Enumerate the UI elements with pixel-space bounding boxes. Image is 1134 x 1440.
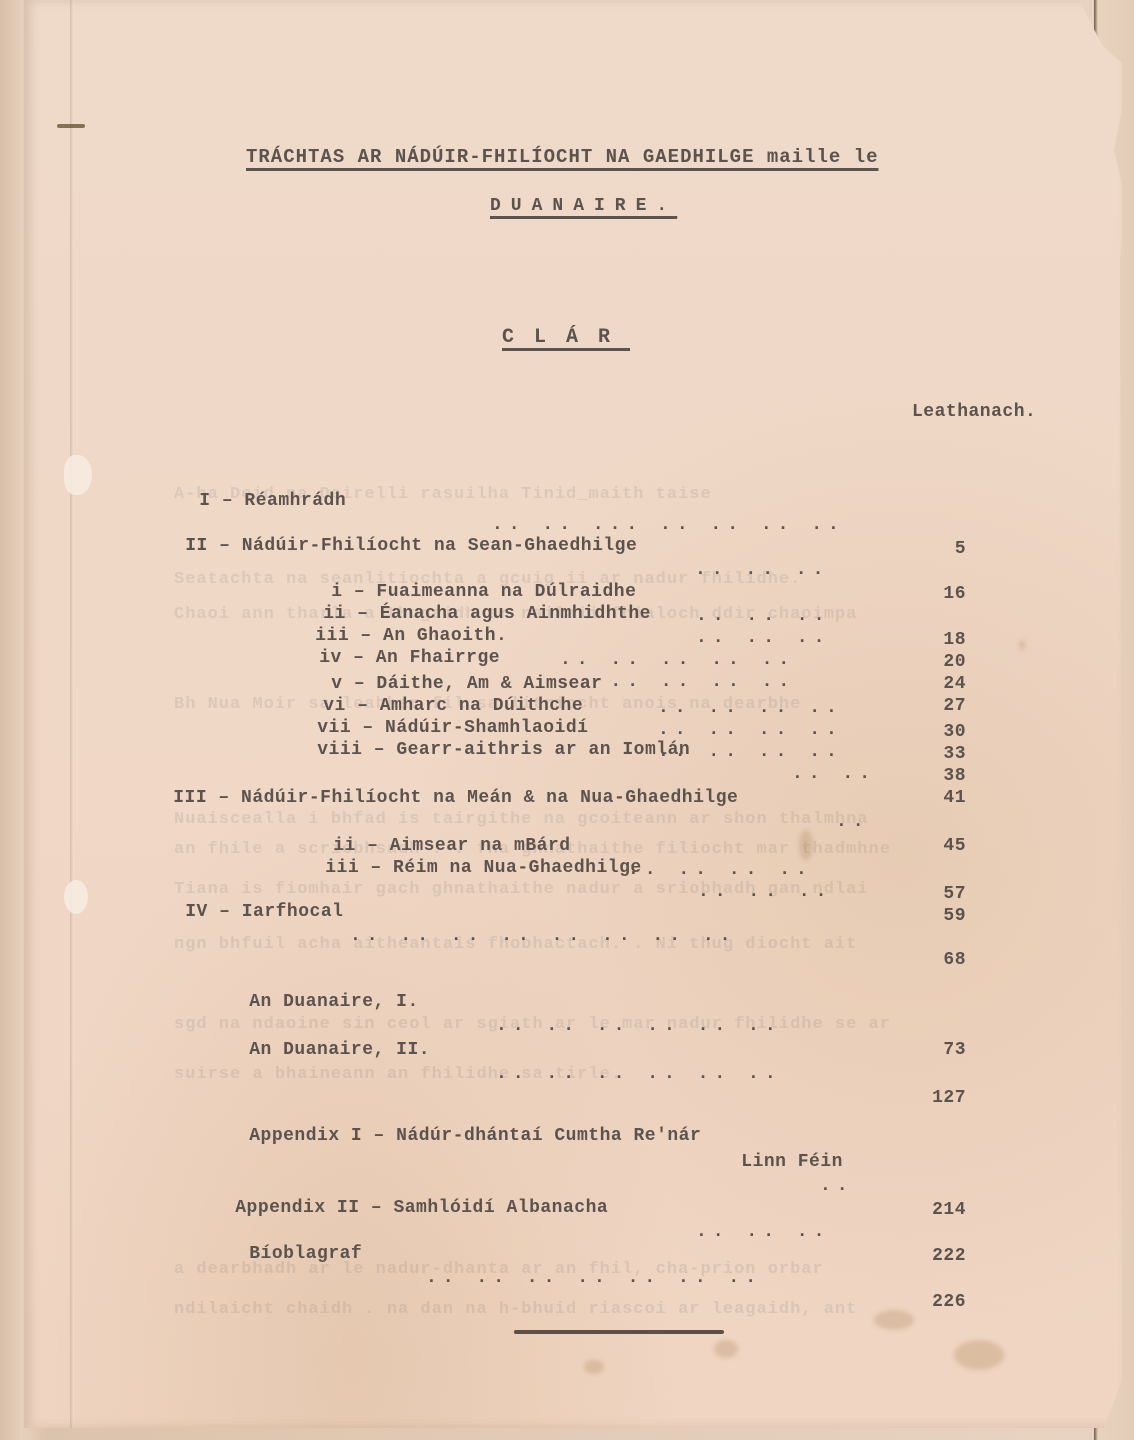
document-page: A-ha Deid na Dairelli rasuilha Tinid_mai… (24, 0, 1122, 1428)
toc-entry: Appendix II – Samhlóidí Albanacha .. .. … (190, 1172, 974, 1196)
toc-label: I – Réamhrádh (199, 491, 346, 511)
show-through-text: ndilaicht chaidh . na dan na h-bhuid ria… (174, 1300, 857, 1319)
document-subtitle: DUANAIRE. (490, 196, 677, 216)
toc-page: 59 (906, 904, 966, 928)
toc-label: III – Nádúir-Fhilíocht na Meán & na Nua-… (173, 788, 738, 808)
page-column-label: Leathanach. (912, 402, 1036, 422)
toc-label: IV – Iarfhocal (185, 902, 343, 922)
toc-subentry: iv – An Fhairrge .. .. .. .. .. 27 (274, 622, 974, 646)
stain (1019, 640, 1025, 650)
leader-dots: .. .. .. .. .. .. .. (426, 1266, 762, 1290)
toc-subentry: v – Dáithe, Am & Aimsear .. .. .. .. 30 (286, 648, 974, 672)
toc-entry: An Duanaire, II. .. .. .. .. .. .. 127 (204, 1014, 974, 1038)
leader-dots: .. .. .. .. .. .. .. .. (350, 924, 736, 948)
toc-subentry: i – Fuaimeanna na Dúlraidhe .. .. .. 18 (286, 556, 974, 580)
toc-page: 73 (906, 1038, 966, 1062)
toc-label: An Duanaire, II. (249, 1040, 430, 1060)
document-title: TRÁCHTAS AR NÁDÚIR-FHILÍOCHT NA GAEDHILG… (246, 146, 1016, 168)
toc-label: Bíoblagraf (249, 1244, 362, 1264)
toc-page: 226 (906, 1290, 966, 1314)
toc-label: viii – Gearr-aithris ar an Iomlán (317, 740, 690, 760)
toc-entry-continuation: Linn Féin .. 214 (696, 1126, 974, 1150)
toc-subentry: viii – Gearr-aithris ar an Iomlán .. .. … (272, 714, 974, 738)
toc-entry: Bíoblagraf .. .. .. .. .. .. .. 226 (204, 1218, 974, 1242)
toc-subentry: ii – Éanacha agus Ainmhidhthe .. .. .. 2… (278, 578, 974, 602)
paper-tear (64, 880, 88, 914)
paper-tear (64, 455, 92, 495)
toc-entry: An Duanaire, I. .. .. .. .. .. .. 73 (204, 966, 974, 990)
toc-page: 41 (906, 786, 966, 810)
toc-subentry: vii – Nádúir-Shamhlaoidí .. .. .. .. 38 (272, 692, 974, 716)
toc-subentry: iii – Réim na Nua-Ghaedhilge .. .. .. 59 (280, 832, 974, 856)
toc-page: 222 (906, 1244, 966, 1268)
toc-entry: IV – Iarfhocal .. .. .. .. .. .. .. .. 6… (140, 876, 974, 900)
toc-label: II – Nádúir-Fhilíocht na Sean-Ghaedhilge (185, 536, 637, 556)
toc-label: iii – Réim na Nua-Ghaedhilge (325, 858, 641, 878)
toc-entry: I – Réamhrádh .. .. ... .. .. .. .. 5 (154, 465, 974, 489)
leader-dots: .. .. .. .. .. .. (496, 1062, 782, 1086)
stain (584, 1360, 604, 1374)
toc-subentry: iii – An Ghaoith. .. .. .. .. .. 24 (270, 600, 974, 624)
toc-label: Appendix II – Samhlóidí Albanacha (235, 1198, 608, 1218)
stain (954, 1340, 1004, 1370)
ink-mark (57, 124, 85, 128)
toc-label: Appendix I – Nádúr-dhántaí Cumtha Re'nár (249, 1126, 701, 1146)
toc-subentry: ii – Aimsear na mBárd .. .. .. .. 57 (288, 810, 974, 834)
stain (714, 1340, 738, 1358)
margin-fold (70, 0, 74, 1440)
closing-rule (514, 1330, 724, 1334)
toc-label: Linn Féin (741, 1152, 843, 1172)
contents-heading: CLÁR (502, 326, 630, 349)
toc-subentry: vi – Amharc na Dúithche .. .. .. .. 33 (278, 670, 974, 694)
toc-entry: III – Nádúir-Fhilíocht na Meán & na Nua-… (128, 762, 974, 786)
toc-label: An Duanaire, I. (249, 992, 419, 1012)
toc-entry: Appendix I – Nádúr-dhántaí Cumtha Re'nár (204, 1100, 974, 1124)
toc-entry: II – Nádúir-Fhilíocht na Sean-Ghaedhilge… (140, 510, 974, 534)
